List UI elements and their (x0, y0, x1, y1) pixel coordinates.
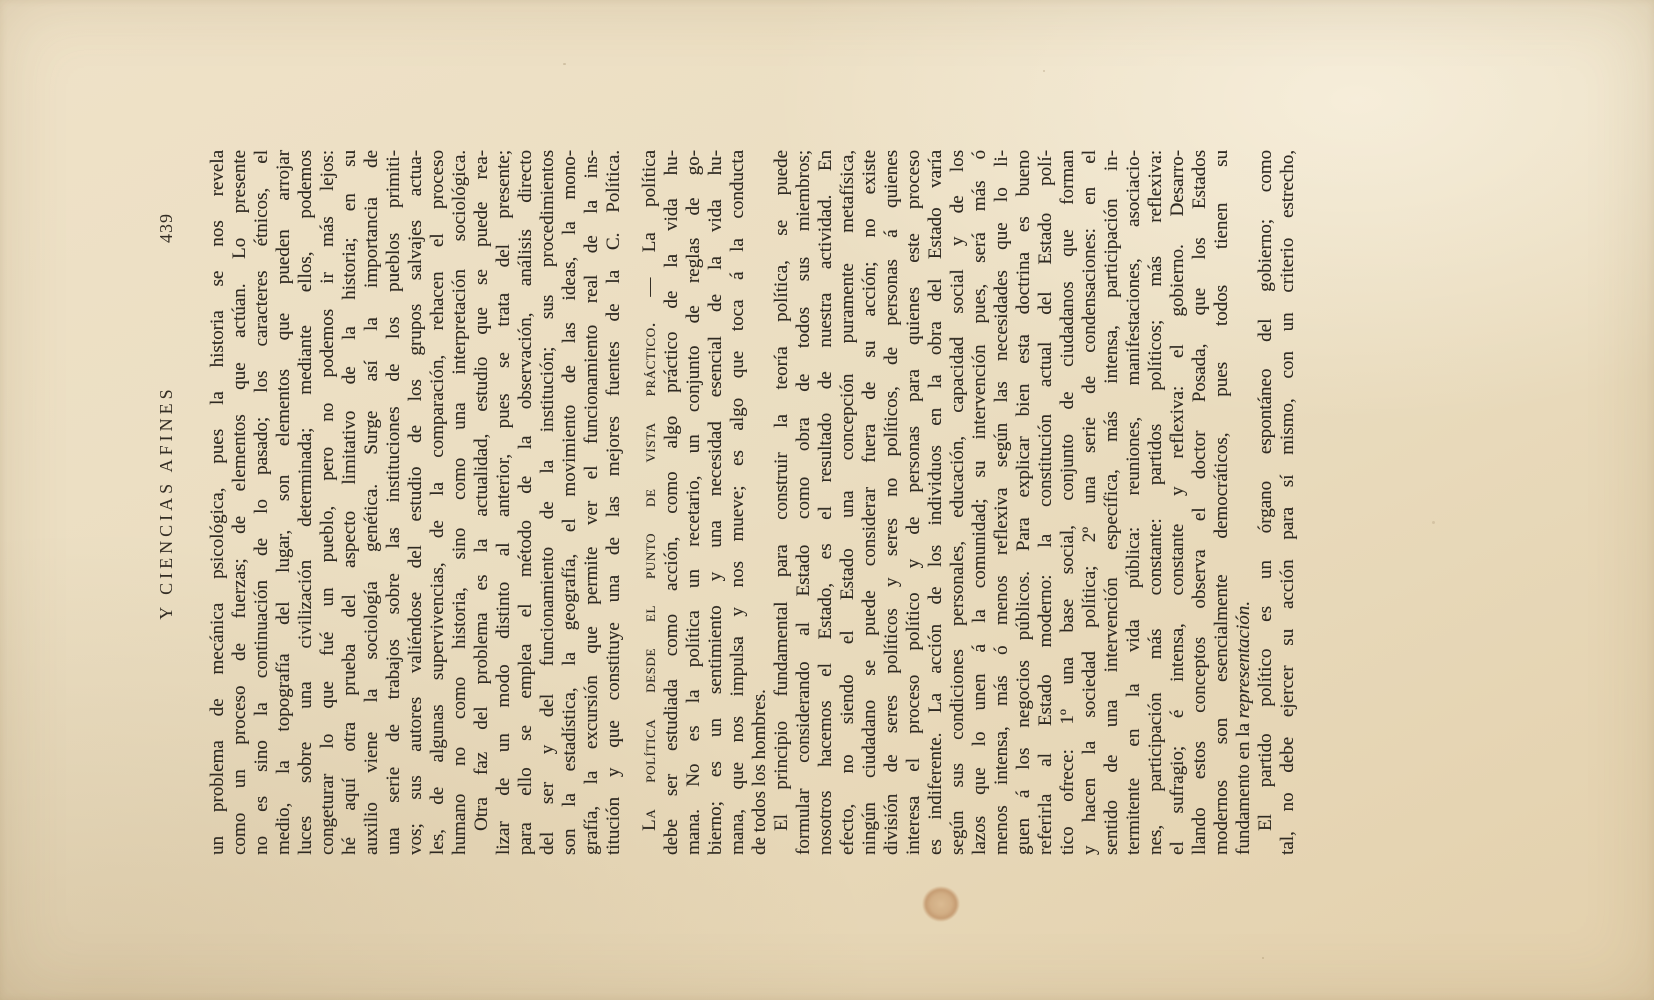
text-line: interesa el proceso político y de person… (903, 150, 925, 855)
text-segment: menos intensa, más ó menos reflexiva seg… (991, 150, 1012, 855)
text-segment: mana, que nos impulsa y nos mueve; es al… (727, 150, 748, 855)
italic-text: representación. (1233, 601, 1254, 718)
text-line: nosotros hacemos el Estado, es el result… (815, 150, 837, 855)
text-line: formular considerando al Estado como obr… (793, 150, 815, 855)
text-line: y hacen la sociedad política; 2º una ser… (1079, 150, 1101, 855)
text-segment: debe ser estudiada como acción, como alg… (661, 150, 682, 855)
text-segment: el sufragio; é intensa, constante y refl… (1167, 150, 1188, 855)
text-segment: tal, no debe ejercer su acción para sí m… (1277, 150, 1298, 855)
text-line: auxilio viene la sociología genética. Su… (361, 150, 383, 855)
text-line: La política desde el punto de vista prác… (639, 150, 661, 855)
text-line: un problema de mecánica psicológica, pue… (207, 150, 229, 855)
text-line: hé aquí otra prueba del aspecto limitati… (339, 150, 361, 855)
text-line: menos intensa, más ó menos reflexiva seg… (991, 150, 1013, 855)
text-line: el sufragio; é intensa, constante y refl… (1167, 150, 1189, 855)
text-segment: no es sino la continuación de lo pasado;… (251, 150, 272, 855)
text-line: del ser y del funcionamiento de la insti… (537, 150, 559, 855)
text-line: fundamento en la representación. (1233, 150, 1255, 855)
page-header: Y CIENCIAS AFINES 439 (156, 150, 182, 855)
text-line: nes, participación más constante: partid… (1145, 150, 1167, 855)
text-segment: El partido político es un órgano espontá… (1255, 150, 1276, 831)
text-segment: congeturar lo que fué un pueblo, pero no… (317, 150, 338, 855)
text-segment: El principio fundamental para construir … (771, 150, 792, 831)
text-segment: luces sobre una civilización determinada… (295, 150, 316, 855)
text-segment: un problema de mecánica psicológica, pue… (207, 150, 228, 855)
scanned-book-page: Y CIENCIAS AFINES 439 un problema de mec… (0, 0, 1654, 1000)
text-segment: lizar de un modo distinto al anterior, p… (493, 150, 514, 855)
text-line: termitente en la vida pública: reuniones… (1123, 150, 1145, 855)
text-segment: son la estadística, la geografía, el mov… (559, 150, 580, 855)
text-line: humano no como historia, sino como una i… (449, 150, 471, 855)
text-line: bierno; es un sentimiento y una necesida… (705, 150, 727, 855)
text-line: lazos que lo unen á la comunidad; su int… (969, 150, 991, 855)
text-line: medio, la topografía del lugar, son elem… (273, 150, 295, 855)
text-segment: tico ofrece: 1º una base social, conjunt… (1057, 150, 1078, 855)
text-segment: medio, la topografía del lugar, son elem… (273, 150, 294, 855)
text-segment: guen á los negocios públicos. Para expli… (1013, 150, 1034, 855)
text-segment: llando estos conceptos observa el doctor… (1189, 150, 1210, 855)
text-line: referirla al Estado moderno: la constitu… (1035, 150, 1057, 855)
text-line: debe ser estudiada como acción, como alg… (661, 150, 683, 855)
text-line: división de seres políticos y seres no p… (881, 150, 903, 855)
text-segment: es indiferente. La acción de los individ… (925, 150, 946, 855)
text-line: tal, no debe ejercer su acción para sí m… (1277, 150, 1299, 855)
text-line: grafía, la excursión que permite ver el … (581, 150, 603, 855)
text-segment: titución y que constituye una de las mej… (603, 150, 624, 855)
text-line: como un proceso de fuerzas; de elementos… (229, 150, 251, 855)
text-line: ningún ciudadano se puede considerar fue… (859, 150, 881, 855)
text-segment: interesa el proceso político y de person… (903, 150, 924, 855)
text-segment: formular considerando al Estado como obr… (793, 150, 814, 855)
text-line: para ello se emplea el método de la obse… (515, 150, 537, 855)
text-line: efecto, no siendo el Estado una concepci… (837, 150, 859, 855)
text-line: El principio fundamental para construir … (771, 150, 793, 855)
text-line: es indiferente. La acción de los individ… (925, 150, 947, 855)
text-segment: modernos son esencialmente democráticos,… (1211, 150, 1232, 855)
text-segment: referirla al Estado moderno: la constitu… (1035, 150, 1056, 855)
text-segment: una serie de trabajos sobre las instituc… (383, 150, 404, 855)
text-line: congeturar lo que fué un pueblo, pero no… (317, 150, 339, 855)
text-segment: mana. No es la política un recetario, un… (683, 150, 704, 855)
text-segment: les, de algunas supervivencias, de la co… (427, 150, 448, 855)
text-line: luces sobre una civilización determinada… (295, 150, 317, 855)
body-text: un problema de mecánica psicológica, pue… (207, 150, 1299, 855)
text-line: vos; sus autores valiéndose del estudio … (405, 150, 427, 855)
text-segment: de todos los hombres. (749, 689, 770, 855)
text-segment: grafía, la excursión que permite ver el … (581, 150, 602, 855)
text-segment: hé aquí otra prueba del aspecto limitati… (339, 150, 360, 855)
text-line: una serie de trabajos sobre las instituc… (383, 150, 405, 855)
text-segment: sentido de una intervención específica, … (1101, 150, 1122, 855)
text-line: modernos son esencialmente democráticos,… (1211, 150, 1233, 855)
small-caps-heading: La política desde el punto de vista prác… (639, 322, 660, 831)
text-segment: termitente en la vida pública: reuniones… (1123, 150, 1144, 855)
text-line: Otra faz del problema es la actualidad, … (471, 150, 493, 855)
text-segment: auxilio viene la sociología genética. Su… (361, 150, 382, 855)
text-segment: vos; sus autores valiéndose del estudio … (405, 150, 426, 855)
text-line: El partido político es un órgano espontá… (1255, 150, 1277, 855)
rotated-page: Y CIENCIAS AFINES 439 un problema de mec… (0, 0, 1654, 1000)
text-segment: ningún ciudadano se puede considerar fue… (859, 150, 880, 855)
text-line: son la estadística, la geografía, el mov… (559, 150, 581, 855)
text-segment: para ello se emplea el método de la obse… (515, 150, 536, 855)
text-line: titución y que constituye una de las mej… (603, 150, 625, 855)
text-line: les, de algunas supervivencias, de la co… (427, 150, 449, 855)
text-segment: fundamento en la (1233, 718, 1254, 855)
running-title: Y CIENCIAS AFINES (156, 150, 177, 855)
text-segment: división de seres políticos y seres no p… (881, 150, 902, 855)
text-line: no es sino la continuación de lo pasado;… (251, 150, 273, 855)
text-line: guen á los negocios públicos. Para expli… (1013, 150, 1035, 855)
text-line: según sus condiciones personales, educac… (947, 150, 969, 855)
text-line: llando estos conceptos observa el doctor… (1189, 150, 1211, 855)
text-segment: nes, participación más constante: partid… (1145, 150, 1166, 855)
text-line: tico ofrece: 1º una base social, conjunt… (1057, 150, 1079, 855)
text-segment: humano no como historia, sino como una i… (449, 150, 470, 855)
text-segment: — La política (639, 150, 660, 322)
text-line: sentido de una intervención específica, … (1101, 150, 1123, 855)
text-line: mana. No es la política un recetario, un… (683, 150, 705, 855)
text-line: lizar de un modo distinto al anterior, p… (493, 150, 515, 855)
text-line: de todos los hombres. (749, 150, 771, 855)
text-line: mana, que nos impulsa y nos mueve; es al… (727, 150, 749, 855)
text-segment: nosotros hacemos el Estado, es el result… (815, 150, 836, 855)
text-segment: y hacen la sociedad política; 2º una ser… (1079, 150, 1100, 855)
page-number: 439 (156, 213, 177, 243)
text-segment: como un proceso de fuerzas; de elementos… (229, 150, 250, 855)
text-segment: según sus condiciones personales, educac… (947, 150, 968, 855)
text-segment: efecto, no siendo el Estado una concepci… (837, 150, 858, 855)
text-segment: del ser y del funcionamiento de la insti… (537, 150, 558, 855)
text-segment: Otra faz del problema es la actualidad, … (471, 150, 492, 831)
text-segment: bierno; es un sentimiento y una necesida… (705, 150, 726, 855)
text-segment: lazos que lo unen á la comunidad; su int… (969, 150, 990, 855)
